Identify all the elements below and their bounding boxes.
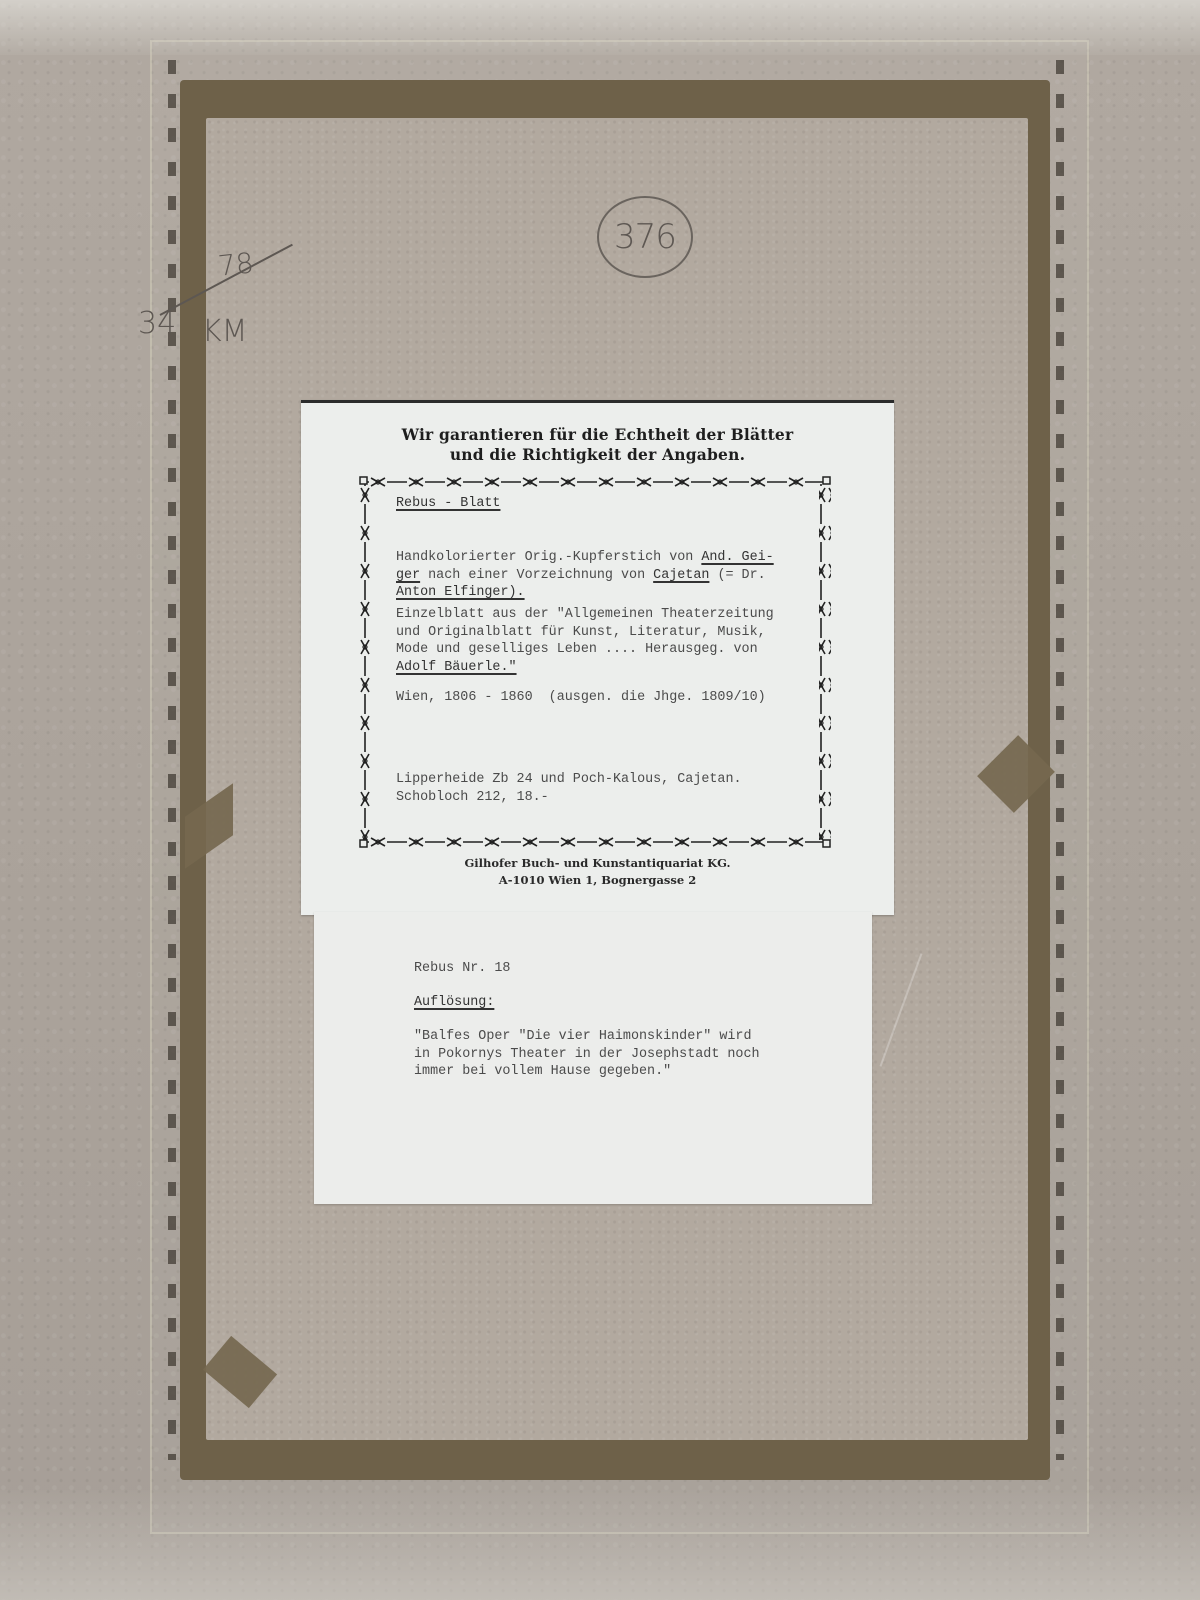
label-title: Rebus - Blatt: [396, 495, 500, 513]
solution-line-3: immer bei vollem Hause gegeben.": [414, 1064, 671, 1079]
dealer-imprint: Gilhofer Buch- und Kunstantiquariat KG. …: [301, 855, 894, 889]
title-text: Rebus - Blatt: [396, 496, 500, 511]
inventory-number-circled: 376: [597, 196, 693, 278]
solution-line-2: in Pokornys Theater in der Josephstadt n…: [414, 1047, 760, 1062]
desc-text-2: nach einer Vorzeichnung von: [420, 568, 653, 583]
source-line-1: Einzelblatt aus der "Allgemeinen Theater…: [396, 607, 774, 622]
solution-line-1: "Balfes Oper "Die vier Haimonskinder" wi…: [414, 1029, 752, 1044]
margin-numerator: 78: [216, 246, 255, 283]
label-source: Einzelblatt aus der "Allgemeinen Theater…: [396, 606, 774, 676]
source-line-3: Mode und geselliges Leben .... Herausgeg…: [396, 642, 758, 657]
dealer-name: Gilhofer Buch- und Kunstantiquariat KG.: [301, 855, 894, 872]
dealer-address: A-1010 Wien 1, Bognergasse 2: [301, 872, 894, 889]
solution-text: "Balfes Oper "Die vier Haimonskinder" wi…: [414, 1028, 760, 1081]
engraver-name: And. Gei-: [701, 550, 773, 565]
desc-text: Handkolorierter Orig.-Kupferstich von: [396, 550, 701, 565]
inventory-number: 376: [614, 217, 676, 257]
label-guarantee-header: Wir garantieren für die Echtheit der Blä…: [301, 425, 894, 465]
solution-card: Rebus Nr. 18 Auflösung: "Balfes Oper "Di…: [314, 912, 872, 1204]
margin-denominator: KM: [202, 314, 248, 349]
artist-name: Cajetan: [653, 568, 709, 583]
sleeve-glare-top: [0, 0, 1200, 55]
pencil-margin-note: 78 34 KM: [132, 248, 292, 368]
engraver-name-cont: ger: [396, 568, 420, 583]
header-line-2: und die Richtigkeit der Angaben.: [301, 445, 894, 465]
margin-prefix: 34: [138, 306, 176, 341]
source-line-2: und Originalblatt für Kunst, Literatur, …: [396, 625, 766, 640]
publisher-name: Adolf Bäuerle.": [396, 660, 517, 675]
rebus-number: Rebus Nr. 18: [414, 960, 510, 978]
literature-line-1: Lipperheide Zb 24 und Poch-Kalous, Cajet…: [396, 772, 742, 787]
frame-edge-stain-right: [1056, 60, 1064, 1460]
sleeve-glare-bottom: [0, 1490, 1200, 1600]
dealer-label: Wir garantieren für die Echtheit der Blä…: [301, 400, 894, 915]
label-description: Handkolorierter Orig.-Kupferstich von An…: [396, 549, 774, 602]
artist-realname: Anton Elfinger).: [396, 585, 525, 600]
solution-heading: Auflösung:: [414, 994, 494, 1012]
label-place-dates: Wien, 1806 - 1860 (ausgen. die Jhge. 180…: [396, 689, 766, 707]
literature-line-2: Schobloch 212, 18.-: [396, 790, 549, 805]
desc-text-3: (= Dr.: [709, 568, 765, 583]
solution-heading-text: Auflösung:: [414, 995, 494, 1010]
label-literature: Lipperheide Zb 24 und Poch-Kalous, Cajet…: [396, 771, 742, 806]
header-line-1: Wir garantieren für die Echtheit der Blä…: [301, 425, 894, 445]
